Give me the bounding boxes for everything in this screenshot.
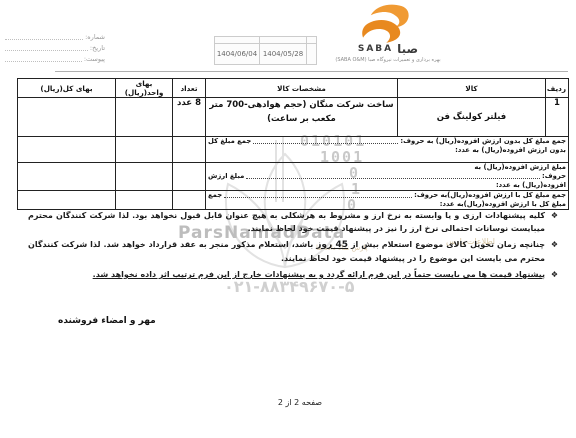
dotted-leader xyxy=(253,143,398,144)
sum-line: حروف: مبلغ ارزش xyxy=(208,172,566,181)
sum-with-vat-text: جمع مبلغ کل با ارزش افزوده(ریال)به حروف:… xyxy=(206,191,569,210)
date-value-2: 1404/05/28 xyxy=(260,44,307,65)
col-header-unit-price: بهای واحد(ریال) xyxy=(116,79,173,98)
col-header-row-number: ردیف xyxy=(546,79,569,98)
vat-amount-row: مبلغ ارزش افزوده(ریال) به حروف: مبلغ ارز… xyxy=(18,163,569,191)
empty-cell xyxy=(173,191,206,210)
sum-label-wrap: جمع xyxy=(208,191,222,200)
date-stamp-table: 1404/06/04 1404/05/28 xyxy=(214,36,317,65)
empty-cell xyxy=(116,163,173,191)
sum-line: بدون ارزش افزوده(ریال) به عدد: xyxy=(208,146,566,155)
date-label: تاریخ: xyxy=(90,44,105,52)
empty-cell xyxy=(307,37,317,44)
empty-cell xyxy=(215,37,260,44)
sum-label-wrap: مبلغ ارزش xyxy=(208,172,244,181)
col-header-quantity: تعداد xyxy=(173,79,206,98)
item-quantity: 8 عدد xyxy=(173,98,206,137)
sum-with-vat-row: جمع مبلغ کل با ارزش افزوده(ریال)به حروف:… xyxy=(18,191,569,210)
empty-cell xyxy=(116,191,173,210)
empty-cell xyxy=(173,137,206,163)
diamond-bullet-icon: ❖ xyxy=(551,209,558,222)
number-label: شماره: xyxy=(85,33,105,41)
col-header-item: کالا xyxy=(398,79,546,98)
item-unit-price xyxy=(116,98,173,137)
sum-line: جمع مبلغ کل با ارزش افزوده(ریال)به حروف:… xyxy=(208,191,566,200)
col-header-specifications: مشخصات کالا xyxy=(206,79,398,98)
date-field-row: تاریخ: xyxy=(5,41,105,52)
attachment-field-row: پیوست: xyxy=(5,52,105,63)
number-blank-line xyxy=(5,39,83,40)
term-text: کلیه پیشنهادات ارزی و یا وابسته به نرخ ا… xyxy=(28,211,545,233)
empty-cell xyxy=(173,163,206,191)
saba-persian-text: صبا xyxy=(397,42,418,56)
diamond-bullet-icon: ❖ xyxy=(551,238,558,251)
sum-label: مبلغ ارزش افزوده(ریال) به xyxy=(474,163,566,172)
item-name: فیلتر کولینگ فن xyxy=(398,98,546,137)
sum-line: جمع مبلغ کل بدون ارزش افزوده(ریال) به حر… xyxy=(208,137,566,146)
sum-label: حروف: xyxy=(542,172,566,181)
quotation-document-page: 010101 1001 0 1 0 ParsNamadData ۰۲۱-۸۸۳۴… xyxy=(0,0,576,438)
date-value-1: 1404/06/04 xyxy=(215,44,260,65)
empty-cell xyxy=(18,163,116,191)
saba-wordmark: SABA صبا xyxy=(334,42,442,56)
term-days-highlight: 45 روز xyxy=(316,240,348,250)
seller-stamp-signature-label: مهر و امضاء فروشنده xyxy=(58,316,156,326)
saba-logo: SABA صبا بهره برداری و تعمیرات نیروگاه ص… xyxy=(334,2,442,63)
sum-label-wrap: جمع مبلغ کل xyxy=(208,137,251,146)
sum-label: جمع مبلغ کل با ارزش افزوده(ریال)به حروف: xyxy=(414,191,566,200)
item-total-price xyxy=(18,98,116,137)
term-currency-offers: ❖ کلیه پیشنهادات ارزی و یا وابسته به نرخ… xyxy=(28,209,558,235)
number-field-row: شماره: xyxy=(5,30,105,41)
sum-label: مبلغ کل با ارزش افزوده(ریال)به عدد: xyxy=(440,200,566,209)
col-header-total-price: بهای کل(ریال) xyxy=(18,79,116,98)
item-specifications: ساخت شرکت منگان (حجم هوادهی-700 متر مکعب… xyxy=(206,98,398,137)
header-divider xyxy=(55,71,568,72)
empty-cell xyxy=(18,191,116,210)
empty-cell xyxy=(116,137,173,163)
saba-tagline: بهره برداری و تعمیرات نیروگاه صبا (SABA … xyxy=(334,57,442,63)
vat-amount-text: مبلغ ارزش افزوده(ریال) به حروف: مبلغ ارز… xyxy=(206,163,569,191)
saba-swoosh-icon xyxy=(345,2,431,44)
sum-without-vat-text: جمع مبلغ کل بدون ارزش افزوده(ریال) به حر… xyxy=(206,137,569,163)
date-stamp-values-row: 1404/06/04 1404/05/28 xyxy=(215,44,317,65)
empty-cell xyxy=(260,37,307,44)
term-form-required: ❖ پیشنهاد قیمت ها می بایست حتماً در این … xyxy=(28,268,558,281)
empty-cell xyxy=(18,137,116,163)
attachment-blank-line xyxy=(5,61,82,62)
sum-label: بدون ارزش افزوده(ریال) به عدد: xyxy=(455,146,566,155)
attachment-label: پیوست: xyxy=(84,55,105,63)
sum-label: افزوده(ریال) به عدد: xyxy=(496,181,566,190)
table-header-row: ردیف کالا مشخصات کالا تعداد بهای واحد(ری… xyxy=(18,79,569,98)
sum-line: مبلغ ارزش افزوده(ریال) به xyxy=(208,163,566,172)
quotation-table: ردیف کالا مشخصات کالا تعداد بهای واحد(ری… xyxy=(17,78,569,210)
sum-without-vat-row: جمع مبلغ کل بدون ارزش افزوده(ریال) به حر… xyxy=(18,137,569,163)
sum-line: افزوده(ریال) به عدد: xyxy=(208,181,566,190)
sum-label: جمع مبلغ کل بدون ارزش افزوده(ریال) به حر… xyxy=(400,137,566,146)
date-stamp-header-row xyxy=(215,37,317,44)
dotted-leader xyxy=(246,178,540,179)
term-text: چنانچه زمان تحویل کالای موضوع استعلام بی… xyxy=(348,240,545,249)
empty-cell xyxy=(307,44,317,65)
dotted-leader xyxy=(224,197,412,198)
saba-latin-text: SABA xyxy=(358,44,393,54)
diamond-bullet-icon: ❖ xyxy=(551,268,558,281)
item-row-number: 1 xyxy=(546,98,569,137)
term-delivery-time: ❖ چنانچه زمان تحویل کالای موضوع استعلام … xyxy=(28,238,558,265)
document-meta-fields: شماره: تاریخ: پیوست: xyxy=(5,30,105,63)
term-text: پیشنهاد قیمت ها می بایست حتماً در این فر… xyxy=(93,270,545,279)
date-blank-line xyxy=(5,50,88,51)
sum-line: مبلغ کل با ارزش افزوده(ریال)به عدد: xyxy=(208,200,566,209)
terms-list: ❖ کلیه پیشنهادات ارزی و یا وابسته به نرخ… xyxy=(28,209,558,284)
page-number: صفحه 2 از 2 xyxy=(262,398,338,407)
table-row: 1 فیلتر کولینگ فن ساخت شرکت منگان (حجم ه… xyxy=(18,98,569,137)
